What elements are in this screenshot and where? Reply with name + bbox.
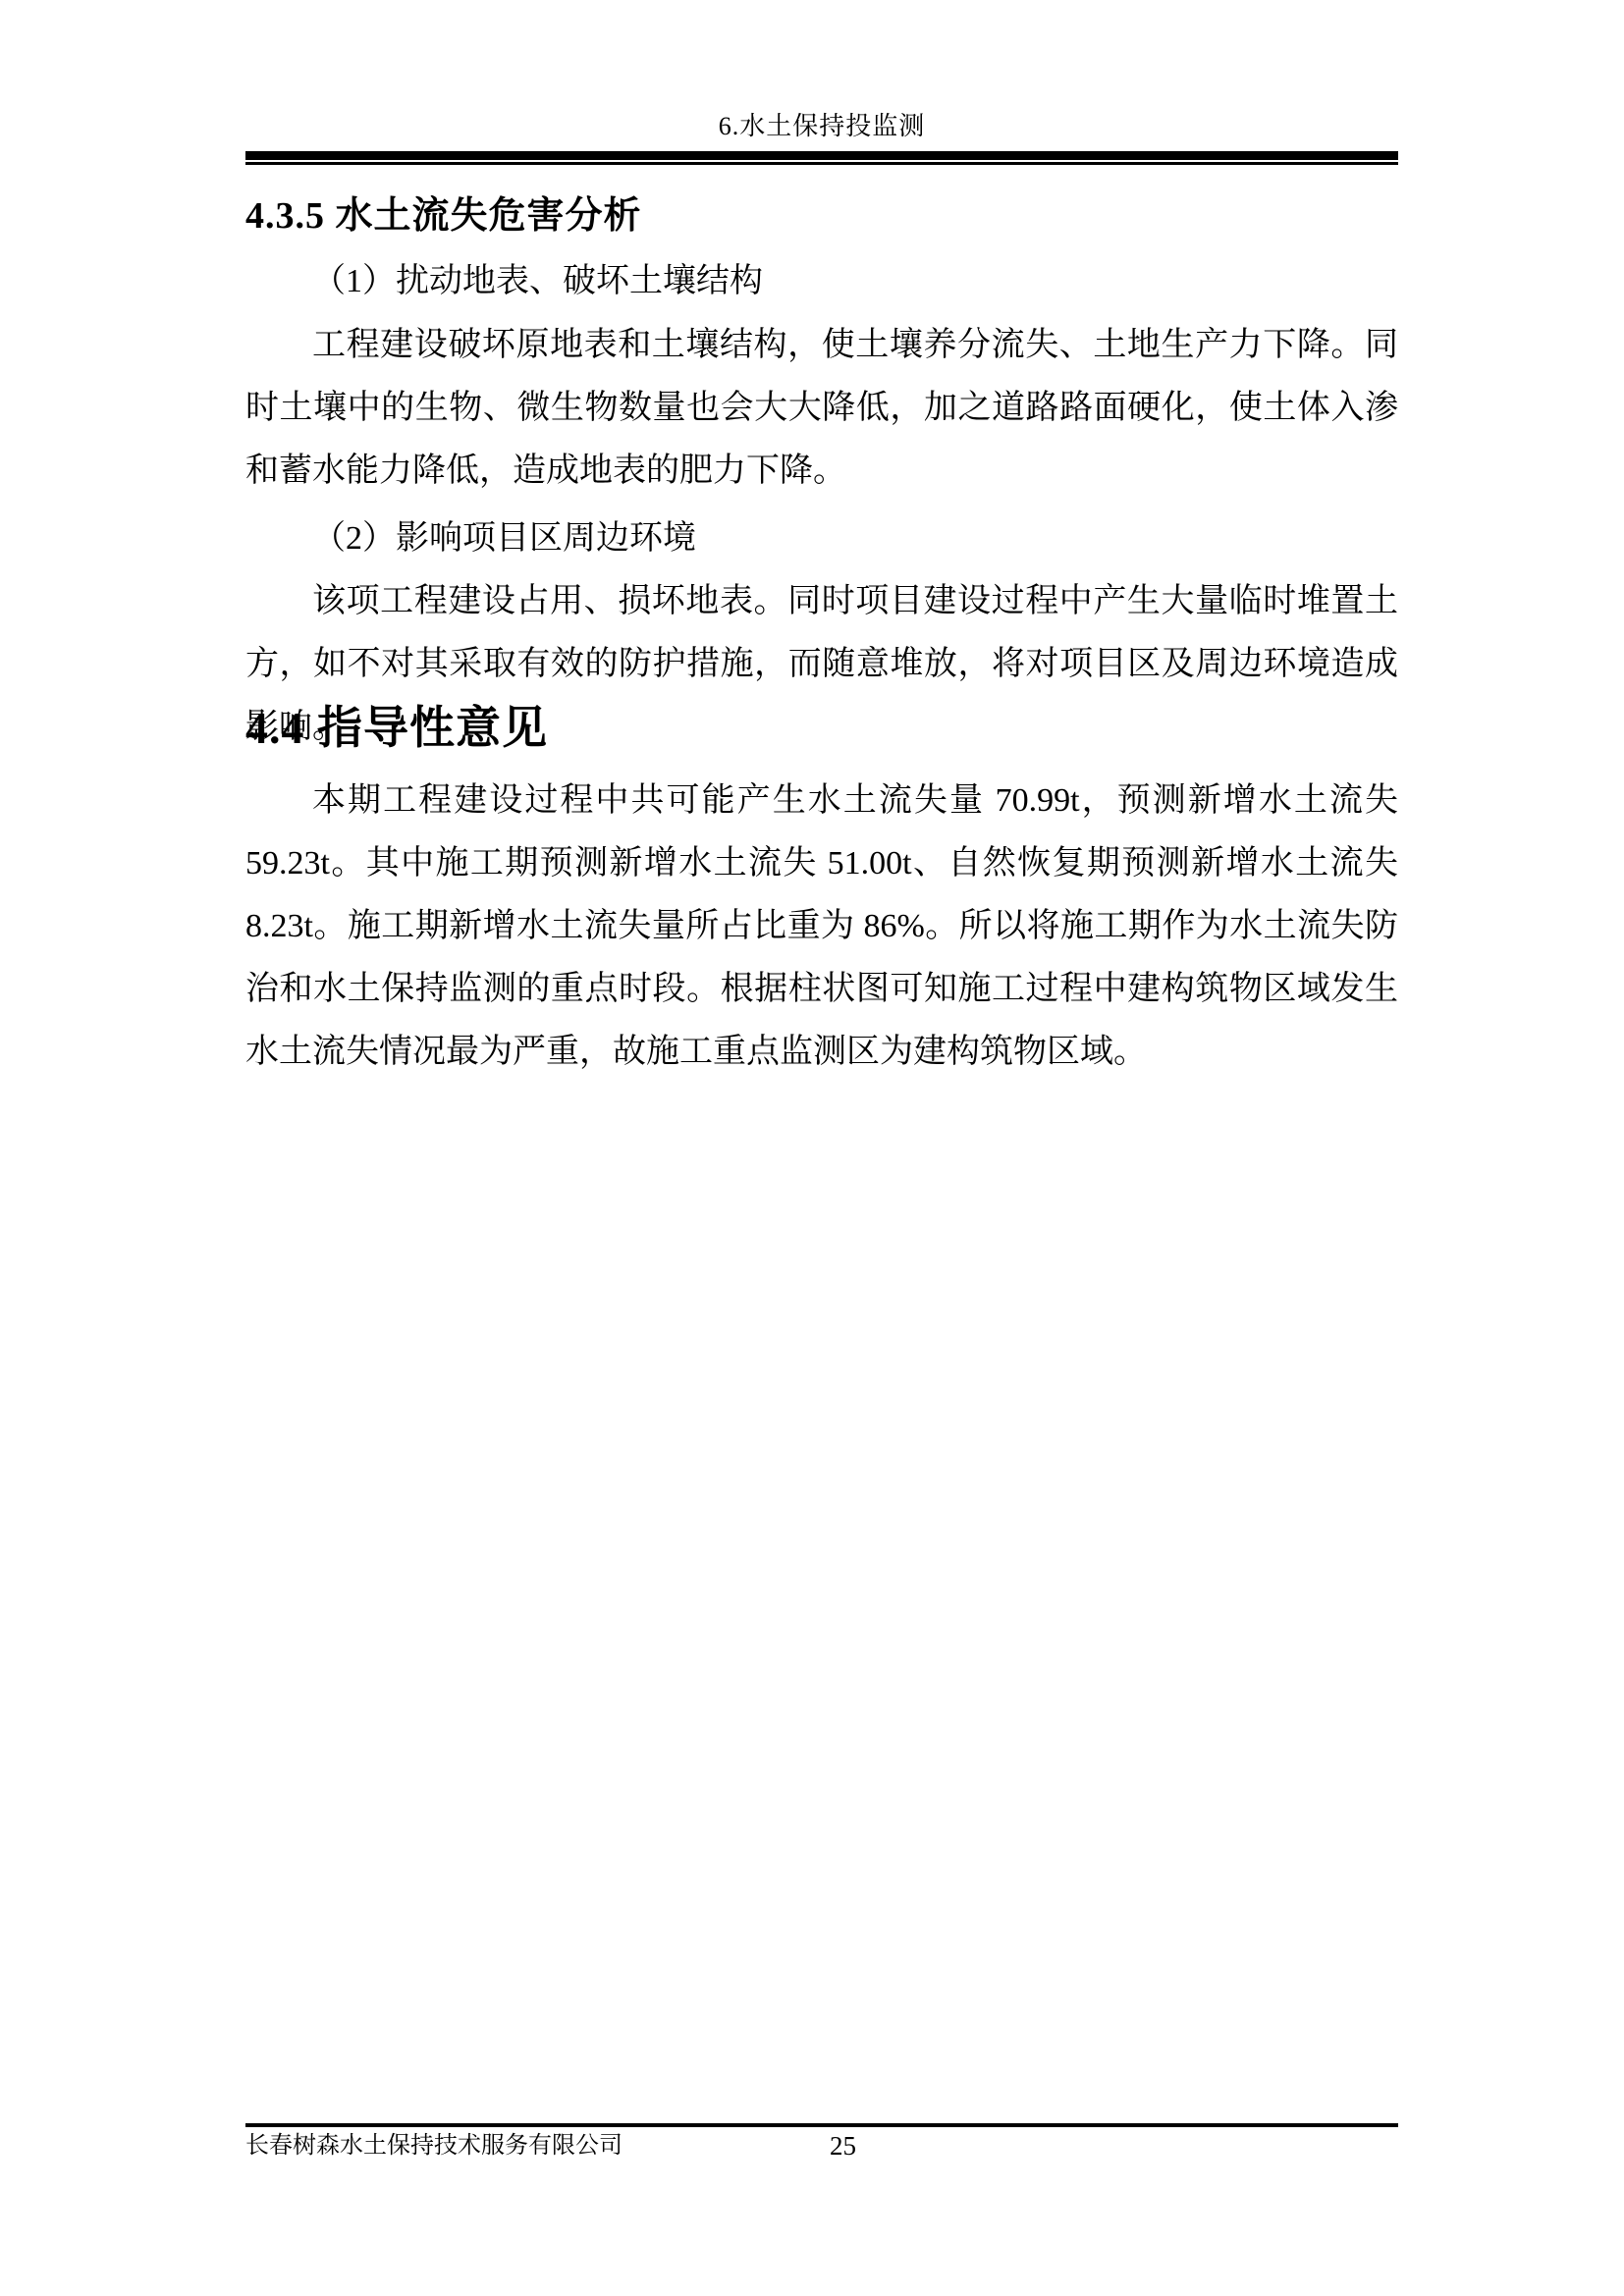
section-heading-4-4: 4.4 指导性意见 (245, 701, 1398, 756)
footer-rule (245, 2123, 1398, 2127)
list-item-1: （1）扰动地表、破坏土壤结构 (245, 250, 1398, 313)
paragraph-guiding-opinion: 本期工程建设过程中共可能产生水土流失量 70.99t，预测新增水土流失 59.2… (245, 770, 1398, 1084)
header-double-rule (245, 151, 1398, 165)
section-heading-4-3-5: 4.3.5 水土流失危害分析 (245, 192, 1398, 240)
header-rule-thin-line (245, 162, 1398, 165)
page-number: 25 (830, 2129, 856, 2163)
footer-company-name: 长春树森水土保持技术服务有限公司 (245, 2130, 1398, 2162)
paragraph-soil-structure-damage: 工程建设破坏原地表和土壤结构，使土壤养分流失、土地生产力下降。同时土壤中的生物、… (245, 314, 1398, 503)
document-page: 6.水土保持投监测 4.3.5 水土流失危害分析 （1）扰动地表、破坏土壤结构 … (0, 0, 1624, 2296)
header-rule-thick-line (245, 151, 1398, 160)
running-header-title: 6.水土保持投监测 (245, 110, 1398, 143)
list-item-2: （2）影响项目区周边环境 (245, 507, 1398, 570)
